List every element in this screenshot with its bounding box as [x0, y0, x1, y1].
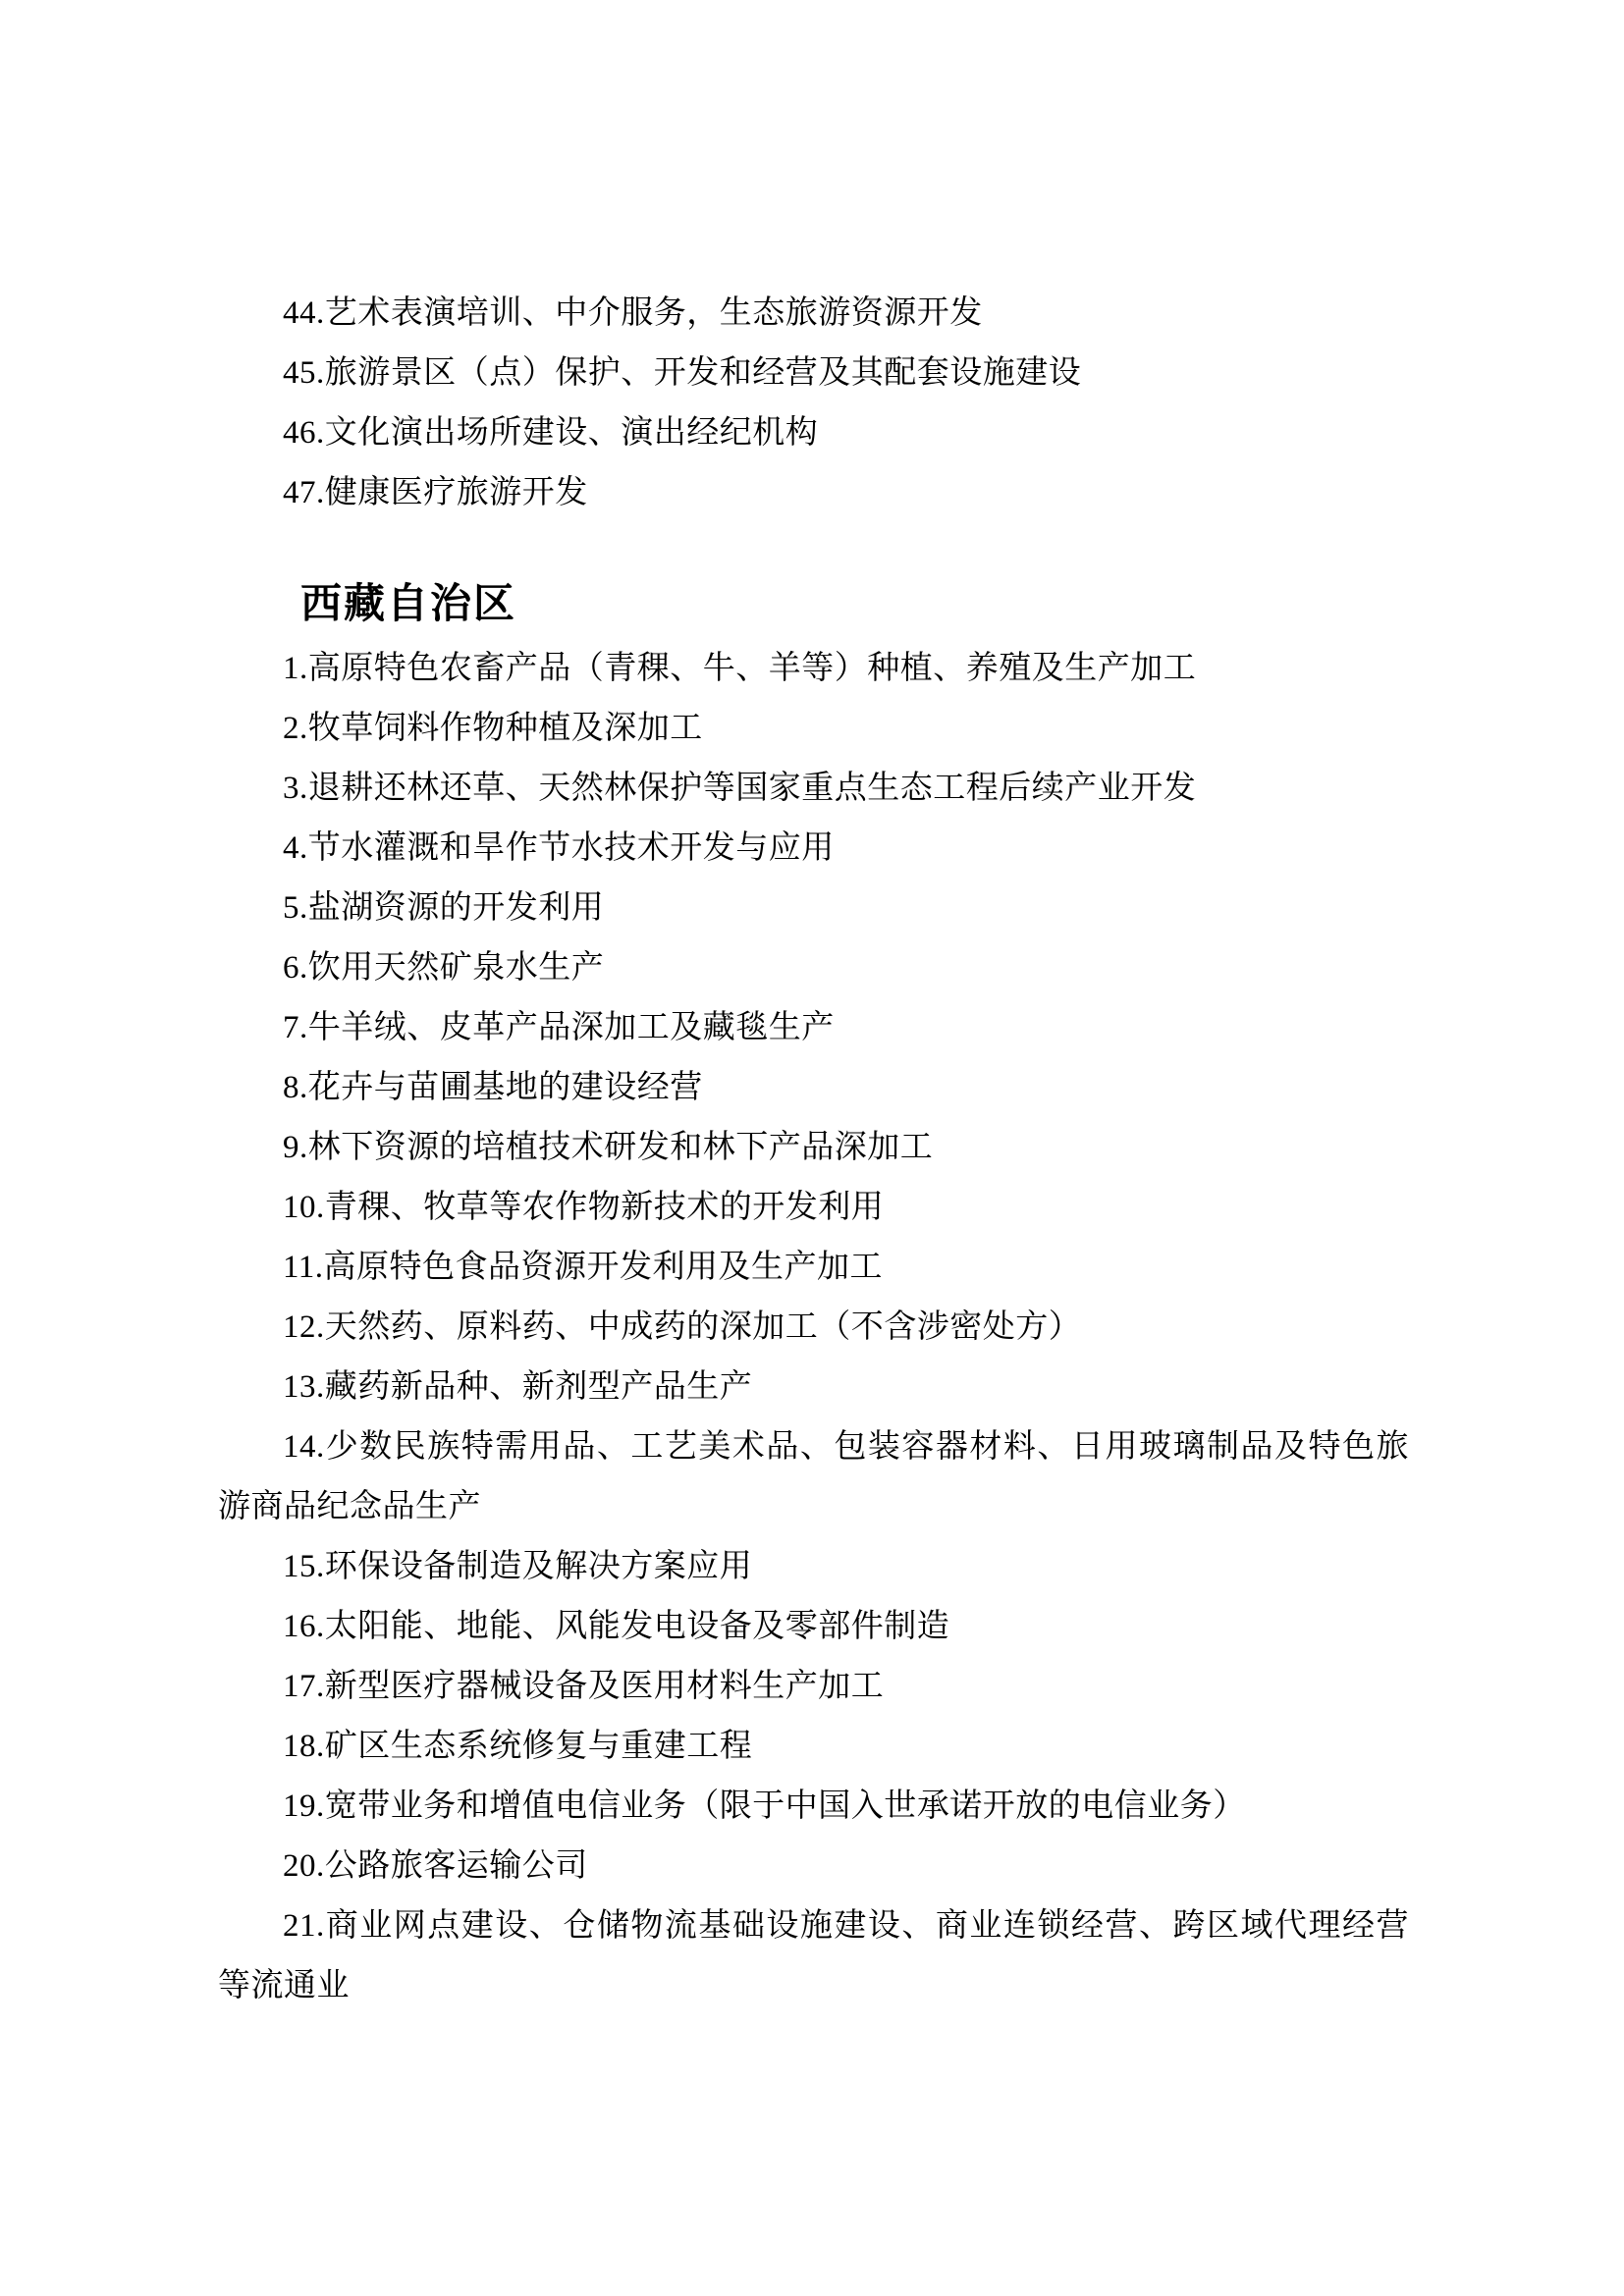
section-heading: 西藏自治区 — [218, 567, 1409, 639]
list-item: 47.健康医疗旅游开发 — [218, 463, 1409, 523]
list-item: 6.饮用天然矿泉水生产 — [218, 938, 1409, 998]
list-item: 45.旅游景区（点）保护、开发和经营及其配套设施建设 — [218, 344, 1409, 403]
list-item: 1.高原特色农畜产品（青稞、牛、羊等）种植、养殖及生产加工 — [218, 639, 1409, 699]
list-item: 19.宽带业务和增值电信业务（限于中国入世承诺开放的电信业务） — [218, 1777, 1409, 1837]
list-item: 16.太阳能、地能、风能发电设备及零部件制造 — [218, 1597, 1409, 1657]
list-item: 15.环保设备制造及解决方案应用 — [218, 1537, 1409, 1597]
list-item: 46.文化演出场所建设、演出经纪机构 — [218, 403, 1409, 463]
list-item: 44.艺术表演培训、中介服务，生态旅游资源开发 — [218, 284, 1409, 344]
list-item: 12.天然药、原料药、中成药的深加工（不含涉密处方） — [218, 1298, 1409, 1358]
list-item: 8.花卉与苗圃基地的建设经营 — [218, 1058, 1409, 1118]
list-item: 4.节水灌溉和旱作节水技术开发与应用 — [218, 819, 1409, 879]
list-item: 7.牛羊绒、皮革产品深加工及藏毯生产 — [218, 998, 1409, 1058]
list-item: 14.少数民族特需用品、工艺美术品、包装容器材料、日用玻璃制品及特色旅游商品纪念… — [218, 1417, 1409, 1537]
list-item: 20.公路旅客运输公司 — [218, 1837, 1409, 1896]
document-page: 44.艺术表演培训、中介服务，生态旅游资源开发 45.旅游景区（点）保护、开发和… — [0, 0, 1624, 2296]
list-item: 3.退耕还林还草、天然林保护等国家重点生态工程后续产业开发 — [218, 759, 1409, 819]
list-item: 18.矿区生态系统修复与重建工程 — [218, 1717, 1409, 1777]
list-item: 10.青稞、牧草等农作物新技术的开发利用 — [218, 1178, 1409, 1238]
list-item: 17.新型医疗器械设备及医用材料生产加工 — [218, 1657, 1409, 1717]
list-item: 5.盐湖资源的开发利用 — [218, 879, 1409, 938]
list-item: 9.林下资源的培植技术研发和林下产品深加工 — [218, 1118, 1409, 1178]
list-item: 13.藏药新品种、新剂型产品生产 — [218, 1358, 1409, 1417]
list-item: 2.牧草饲料作物种植及深加工 — [218, 699, 1409, 759]
list-item: 11.高原特色食品资源开发利用及生产加工 — [218, 1238, 1409, 1298]
list-item: 21.商业网点建设、仓储物流基础设施建设、商业连锁经营、跨区域代理经营等流通业 — [218, 1896, 1409, 2016]
